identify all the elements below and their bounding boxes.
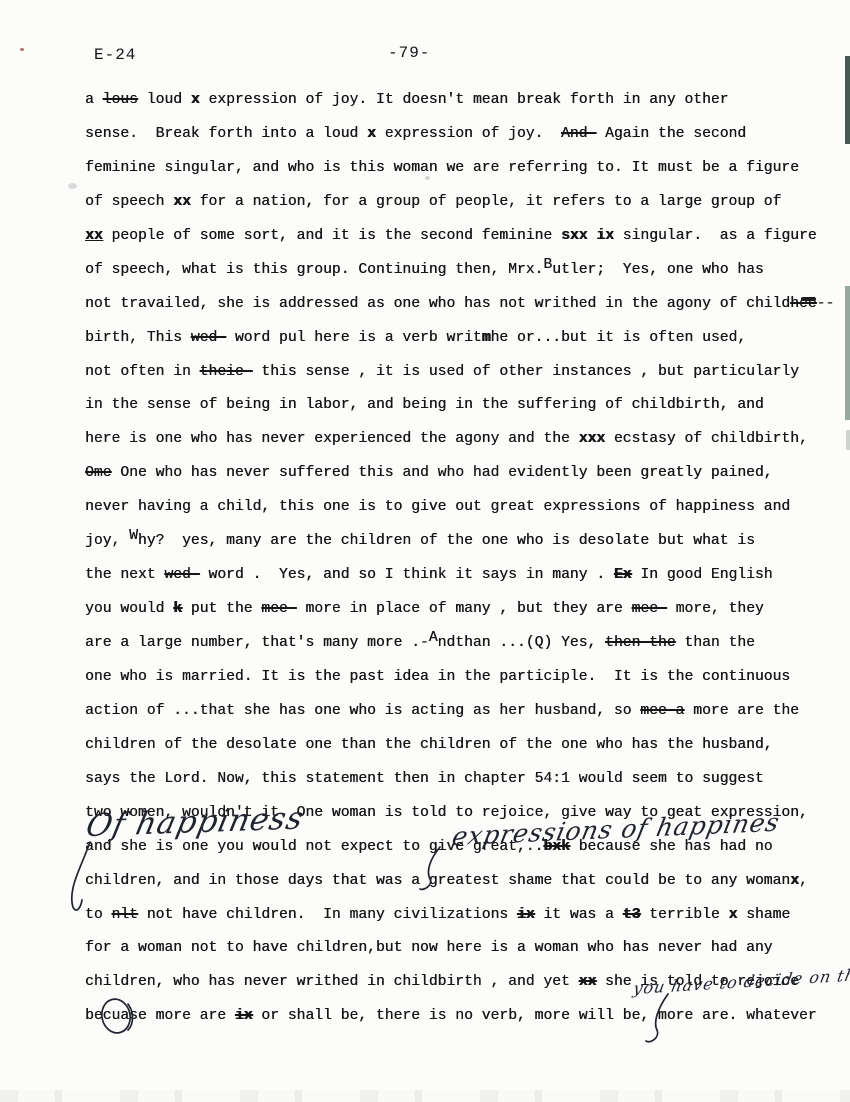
typed-line: sense. Break forth into a loud x express… <box>85 126 830 160</box>
pen-caret-before-more <box>644 992 674 1047</box>
typed-line: joy, Why? yes, many are the children of … <box>85 533 830 567</box>
scanned-document-page: E-24 -79- a lous loud x expression of jo… <box>0 0 850 1102</box>
scan-bottom-noise <box>0 1090 850 1102</box>
document-id: E-24 <box>94 46 136 64</box>
typed-line: never having a child, this one is to giv… <box>85 499 830 533</box>
typed-line: says the Lord. Now, this statement then … <box>85 771 830 805</box>
typed-line: becuase more are ix or shall be, there i… <box>85 1008 830 1042</box>
scan-mark-artifact <box>801 297 816 301</box>
typed-line: not often in theie- this sense , it is u… <box>85 364 830 398</box>
typed-line: to nlt not have children. In many civili… <box>85 907 830 941</box>
typed-line: children, and in those days that was a g… <box>85 873 830 907</box>
typed-line: xx people of some sort, and it is the se… <box>85 228 830 262</box>
typed-line: are a large number, that's many more .-A… <box>85 635 830 669</box>
typed-line: here is one who has never experienced th… <box>85 431 830 465</box>
typed-line: birth, This wed- word pul here is a verb… <box>85 330 830 364</box>
handwritten-note-of-happiness: Of happiness <box>86 800 304 844</box>
typed-line: not travailed, she is addressed as one w… <box>85 296 830 330</box>
page-number: -79- <box>388 44 430 62</box>
typed-line: one who is married. It is the past idea … <box>85 669 830 703</box>
typed-line: action of ...that she has one who is act… <box>85 703 830 737</box>
pen-loop-becuase <box>92 996 152 1038</box>
pen-flourish-left-margin <box>64 840 104 920</box>
page-header: E-24 -79- <box>0 46 850 70</box>
typed-line: of speech, what is this group. Continuin… <box>85 262 830 296</box>
typed-line: you would k put the mee- more in place o… <box>85 601 830 635</box>
typed-line: for a woman not to have children,but now… <box>85 940 830 974</box>
typed-line: Ome One who has never suffered this and … <box>85 465 830 499</box>
scan-edge-artifact <box>845 56 850 144</box>
typed-line: the next wed- word . Yes, and so I think… <box>85 567 830 601</box>
pen-caret-after-great <box>418 845 448 895</box>
typed-line: of speech xx for a nation, for a group o… <box>85 194 830 228</box>
typed-line: children of the desolate one than the ch… <box>85 737 830 771</box>
scan-speck <box>20 48 24 51</box>
typed-line: a lous loud x expression of joy. It does… <box>85 92 830 126</box>
typed-text-body: a lous loud x expression of joy. It does… <box>85 92 830 1042</box>
scan-edge-artifact <box>846 430 850 450</box>
scan-edge-artifact <box>845 286 850 420</box>
typed-line: feminine singular, and who is this woman… <box>85 160 830 194</box>
scan-speck <box>68 183 77 189</box>
scan-speck <box>425 176 430 180</box>
typed-line: in the sense of being in labor, and bein… <box>85 397 830 431</box>
